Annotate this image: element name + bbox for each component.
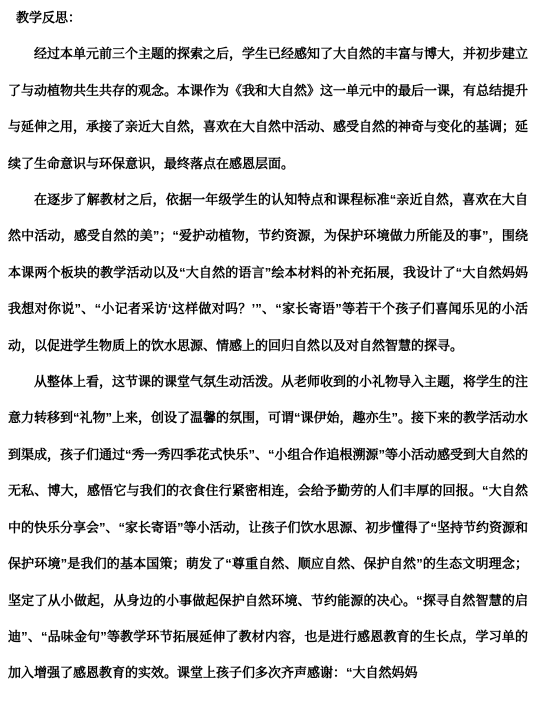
- paragraph-lesson-design: 在逐步了解教材之后，依据一年级学生的认知特点和课程标准“亲近自然，喜欢在大自然中…: [8, 182, 528, 364]
- paragraph-unit-overview: 经过本单元前三个主题的探索之后，学生已经感知了大自然的丰富与博大，并初步建立了与…: [8, 36, 528, 182]
- paragraph-lesson-evaluation: 从整体上看，这节课的课堂气氛生动活泼。从老师收到的小礼物导入主题，将学生的注意力…: [8, 364, 528, 692]
- document-title: 教学反思：: [8, 0, 528, 36]
- document-page: 教学反思： 经过本单元前三个主题的探索之后，学生已经感知了大自然的丰富与博大，并…: [0, 0, 535, 717]
